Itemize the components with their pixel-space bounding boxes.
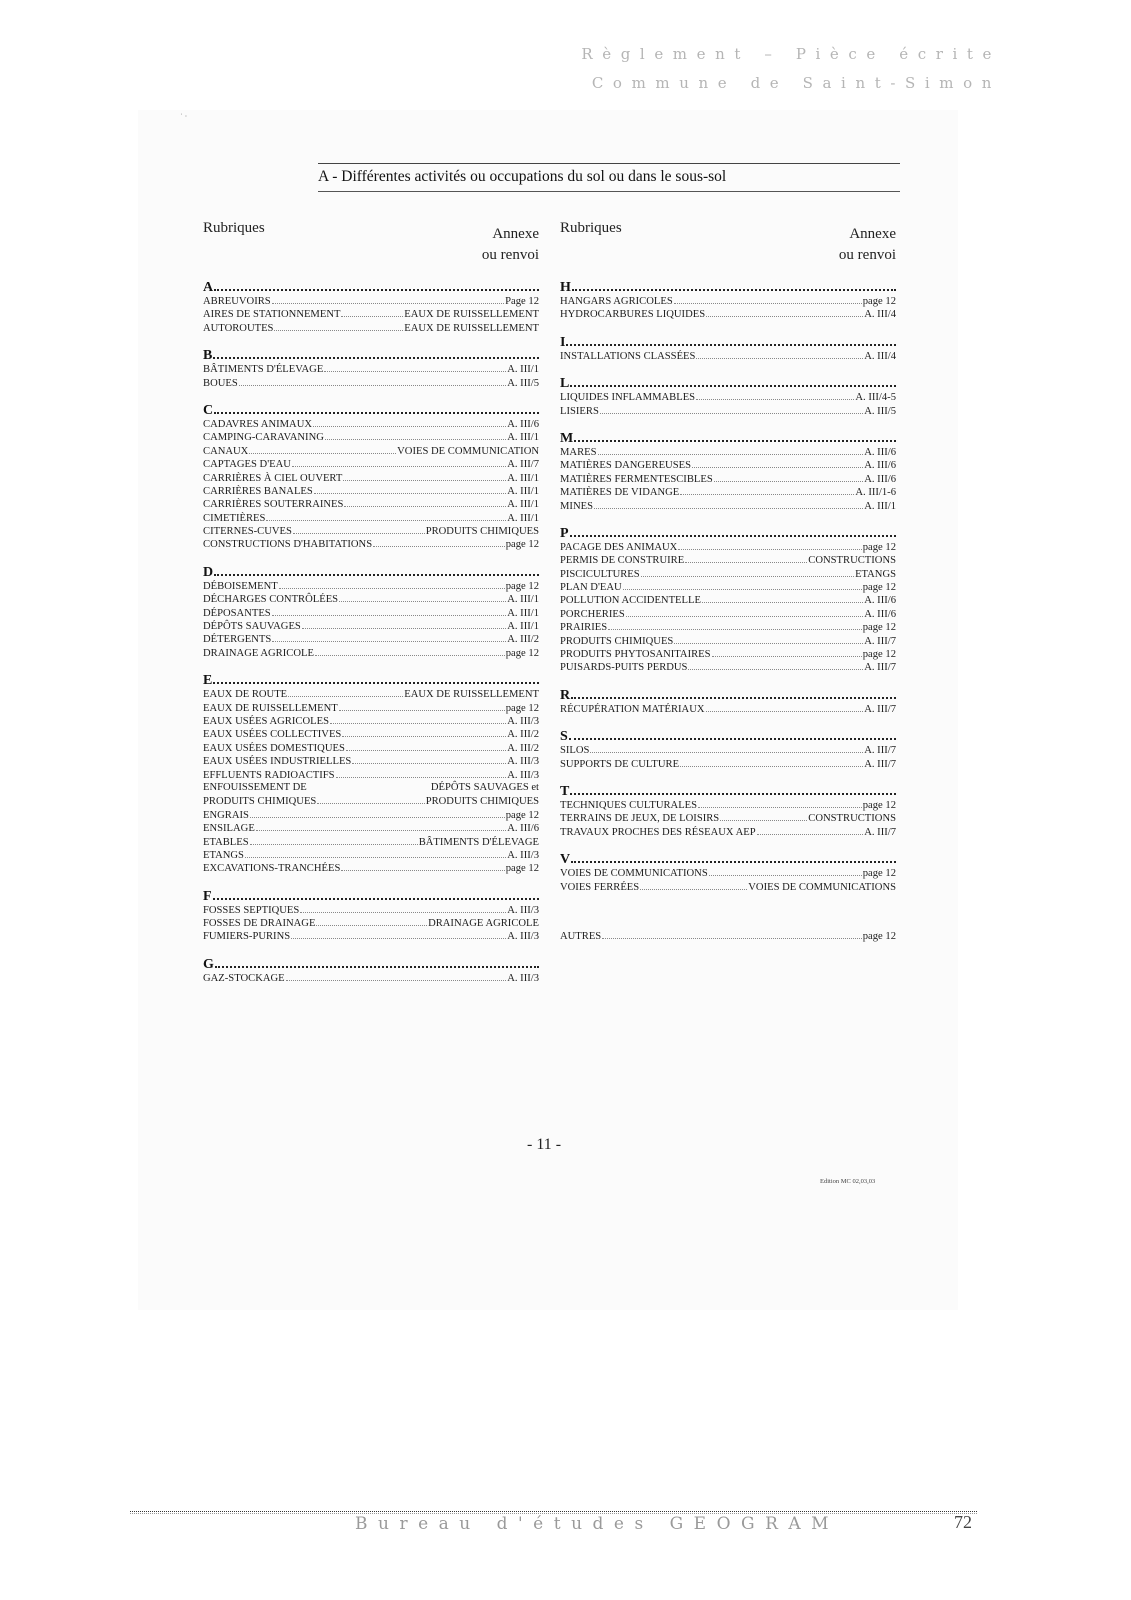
letter-group-s: SSILOSA. III/7SUPPORTS DE CULTUREA. III/… xyxy=(560,727,896,770)
entry-ref: A. III/2 xyxy=(507,633,539,646)
right-groups: HHANGARS AGRICOLESpage 12HYDROCARBURES L… xyxy=(560,278,896,893)
index-entry: CADAVRES ANIMAUXA. III/6 xyxy=(203,417,539,430)
entry-ref: page 12 xyxy=(506,862,539,875)
entry-name: ENFOUISSEMENT DE xyxy=(203,781,307,794)
leader-dots xyxy=(339,592,506,602)
entry-name: FOSSES SEPTIQUES xyxy=(203,904,299,917)
entry-name: PORCHERIES xyxy=(560,608,625,621)
leader-dots xyxy=(674,634,863,644)
index-entry: EAUX DE ROUTEEAUX DE RUISSELLEMENT xyxy=(203,687,539,700)
entry-name: CANAUX xyxy=(203,445,248,458)
entry-name: CAMPING-CARAVANING xyxy=(203,431,324,444)
entry-ref: CONSTRUCTIONS xyxy=(808,812,896,825)
index-entry: PRODUITS CHIMIQUESA. III/7 xyxy=(560,634,896,647)
leader-dots xyxy=(256,821,506,831)
leader-dots xyxy=(640,880,747,890)
entry-ref: A. III/7 xyxy=(864,744,896,757)
entry-ref: A. III/3 xyxy=(507,904,539,917)
index-entry: CIMETIÈRESA. III/1 xyxy=(203,511,539,524)
entry-name: ETABLES xyxy=(203,836,249,849)
entry-name: LIQUIDES INFLAMMABLES xyxy=(560,391,695,404)
document-header: Règlement – Pièce écrite Commune de Sain… xyxy=(581,40,1001,98)
entry-ref: A. III/1 xyxy=(507,620,539,633)
entry-ref: A. III/2 xyxy=(507,728,539,741)
index-entry: AIRES DE STATIONNEMENTEAUX DE RUISSELLEM… xyxy=(203,307,539,320)
leader-dots xyxy=(598,445,864,455)
entry-name: CONSTRUCTIONS D'HABITATIONS xyxy=(203,538,372,551)
index-entry: CITERNES-CUVESPRODUITS CHIMIQUES xyxy=(203,524,539,537)
entry-ref: A. III/6 xyxy=(864,608,896,621)
scan-artifact: ˙ · xyxy=(180,112,187,121)
entry-ref: A. III/3 xyxy=(507,930,539,943)
entry-name: DÉCHARGES CONTRÔLÉES xyxy=(203,593,338,606)
entry-name: CIMETIÈRES xyxy=(203,512,265,525)
index-entry: DÉPOSANTESA. III/1 xyxy=(203,606,539,619)
entry-ref: page 12 xyxy=(863,930,896,943)
entry-ref: A. III/1 xyxy=(507,607,539,620)
entry-ref: A. III/5 xyxy=(507,377,539,390)
index-entry: ENGRAISpage 12 xyxy=(203,808,539,821)
entry-name: EAUX USÉES INDUSTRIELLES xyxy=(203,755,351,768)
entry-ref: A. III/4 xyxy=(864,308,896,321)
index-entry: HYDROCARBURES LIQUIDESA. III/4 xyxy=(560,307,896,320)
entry-name: PERMIS DE CONSTRUIRE xyxy=(560,554,684,567)
leader-dots xyxy=(215,955,539,968)
leader-dots xyxy=(706,307,863,317)
entry-name: PRODUITS CHIMIQUES xyxy=(203,795,316,808)
annexe-label: Annexe ou renvoi xyxy=(482,220,539,270)
leader-dots xyxy=(245,848,506,858)
footer-page-number: 72 xyxy=(954,1512,972,1533)
entry-name: PUISARDS-PUITS PERDUS xyxy=(560,661,687,674)
index-entry: PRAIRIESpage 12 xyxy=(560,620,896,633)
letter-heading: P xyxy=(560,524,896,540)
index-column-right: Rubriques Annexe ou renvoi HHANGARS AGRI… xyxy=(560,220,896,942)
index-entry: TRAVAUX PROCHES DES RÉSEAUX AEPA. III/7 xyxy=(560,825,896,838)
entry-ref: VOIES DE COMMUNICATIONS xyxy=(748,881,896,894)
entry-ref: page 12 xyxy=(506,702,539,715)
leader-dots xyxy=(339,701,505,711)
entry-name: CITERNES-CUVES xyxy=(203,525,292,538)
leader-dots xyxy=(342,727,506,737)
index-entry: CARRIÈRES SOUTERRAINESA. III/1 xyxy=(203,497,539,510)
entry-ref: A. III/3 xyxy=(507,849,539,862)
leader-dots xyxy=(288,687,403,697)
letter-heading: H xyxy=(560,278,896,294)
entry-ref: DÉPÔTS SAUVAGES et xyxy=(431,781,539,794)
entry-name: TECHNIQUES CULTURALES xyxy=(560,799,697,812)
entry-name: DÉTERGENTS xyxy=(203,633,271,646)
leader-dots xyxy=(692,458,863,468)
entry-ref: A. III/3 xyxy=(507,715,539,728)
entry-name: EFFLUENTS RADIOACTIFS xyxy=(203,769,335,782)
entry-ref: page 12 xyxy=(863,648,896,661)
index-entry: ENFOUISSEMENT DEDÉPÔTS SAUVAGES et xyxy=(203,781,539,794)
entry-ref: A. III/2 xyxy=(507,742,539,755)
leader-dots xyxy=(316,916,427,926)
letter-heading: G xyxy=(203,955,539,971)
entry-ref: CONSTRUCTIONS xyxy=(808,554,896,567)
index-entry: LISIERSA. III/5 xyxy=(560,404,896,417)
entry-ref: A. III/1 xyxy=(507,431,539,444)
index-entry: EAUX DE RUISSELLEMENTpage 12 xyxy=(203,701,539,714)
index-entry: FOSSES DE DRAINAGEDRAINAGE AGRICOLE xyxy=(203,916,539,929)
leader-dots xyxy=(272,632,506,642)
leader-dots xyxy=(300,903,506,913)
index-column-left: Rubriques Annexe ou renvoi AABREUVOIRSPa… xyxy=(203,220,539,984)
letter-heading: E xyxy=(203,671,539,687)
leader-dots xyxy=(757,825,864,835)
entry-name: LISIERS xyxy=(560,405,599,418)
leader-dots xyxy=(250,808,505,818)
entry-name: PISCICULTURES xyxy=(560,568,640,581)
entry-name: MATIÈRES FERMENTESCIBLES xyxy=(560,473,713,486)
entry-ref: A. III/6 xyxy=(507,418,539,431)
letter-group-t: TTECHNIQUES CULTURALESpage 12TERRAINS DE… xyxy=(560,782,896,838)
index-entry: LIQUIDES INFLAMMABLESA. III/4-5 xyxy=(560,390,896,403)
letter-group-l: LLIQUIDES INFLAMMABLESA. III/4-5LISIERSA… xyxy=(560,374,896,417)
entry-ref: A. III/7 xyxy=(864,661,896,674)
leader-dots xyxy=(570,782,896,795)
index-entry: PERMIS DE CONSTRUIRECONSTRUCTIONS xyxy=(560,553,896,566)
leader-dots xyxy=(570,374,896,387)
left-groups: AABREUVOIRSPage 12AIRES DE STATIONNEMENT… xyxy=(203,278,539,984)
leader-dots xyxy=(330,714,506,724)
leader-dots xyxy=(214,401,539,414)
leader-dots xyxy=(566,333,896,346)
index-entry: PACAGE DES ANIMAUXpage 12 xyxy=(560,540,896,553)
index-entry: FUMIERS-PURINSA. III/3 xyxy=(203,929,539,942)
index-entry: SUPPORTS DE CULTUREA. III/7 xyxy=(560,757,896,770)
leader-dots xyxy=(266,511,506,521)
index-entry: INSTALLATIONS CLASSÉESA. III/4 xyxy=(560,349,896,362)
leader-dots xyxy=(214,563,539,576)
entry-ref: A. III/6 xyxy=(864,446,896,459)
leader-dots xyxy=(641,567,854,577)
entry-name: PACAGE DES ANIMAUX xyxy=(560,541,677,554)
letter-group-i: IINSTALLATIONS CLASSÉESA. III/4 xyxy=(560,333,896,362)
leader-dots xyxy=(274,321,403,331)
leader-dots xyxy=(249,444,396,454)
annexe-label: Annexe ou renvoi xyxy=(839,220,896,270)
entry-name: EAUX DE RUISSELLEMENT xyxy=(203,702,338,715)
header-title: Règlement – Pièce écrite xyxy=(581,40,1001,69)
column-header: Rubriques Annexe ou renvoi xyxy=(203,220,539,270)
index-entry: MARESA. III/6 xyxy=(560,445,896,458)
leader-dots xyxy=(373,537,505,547)
index-entry: PORCHERIESA. III/6 xyxy=(560,607,896,620)
index-entry: CONSTRUCTIONS D'HABITATIONSpage 12 xyxy=(203,537,539,550)
index-entry: DÉPÔTS SAUVAGESA. III/1 xyxy=(203,619,539,632)
entry-ref: VOIES DE COMMUNICATION xyxy=(397,445,539,458)
leader-dots xyxy=(292,457,506,467)
leader-dots xyxy=(623,580,862,590)
entry-name: INSTALLATIONS CLASSÉES xyxy=(560,350,695,363)
entry-name: AIRES DE STATIONNEMENT xyxy=(203,308,340,321)
entry-name: CADAVRES ANIMAUX xyxy=(203,418,312,431)
letter-group-m: MMARESA. III/6MATIÈRES DANGEREUSESA. III… xyxy=(560,429,896,512)
index-entry: CAMPING-CARAVANINGA. III/1 xyxy=(203,430,539,443)
entry-name: PRAIRIES xyxy=(560,621,607,634)
leader-dots xyxy=(343,471,506,481)
entry-ref: BÂTIMENTS D'ÉLEVAGE xyxy=(419,836,539,849)
entry-name: VOIES DE COMMUNICATIONS xyxy=(560,867,708,880)
index-entry: VOIES DE COMMUNICATIONSpage 12 xyxy=(560,866,896,879)
entry-name: PRODUITS PHYTOSANITAIRES xyxy=(560,648,711,661)
entry-name: TRAVAUX PROCHES DES RÉSEAUX AEP xyxy=(560,826,756,839)
entry-name: MATIÈRES DE VIDANGE xyxy=(560,486,679,499)
letter-heading: L xyxy=(560,374,896,390)
letter-group-d: DDÉBOISEMENTpage 12DÉCHARGES CONTRÔLÉESA… xyxy=(203,563,539,659)
leader-dots xyxy=(712,647,862,657)
entry-name: DÉPOSANTES xyxy=(203,607,271,620)
entry-ref: A. III/1 xyxy=(507,593,539,606)
leader-dots xyxy=(346,741,506,751)
entry-name: EAUX DE ROUTE xyxy=(203,688,287,701)
leader-dots xyxy=(336,768,507,778)
entry-name: DRAINAGE AGRICOLE xyxy=(203,647,314,660)
index-entry: PLAN D'EAUpage 12 xyxy=(560,580,896,593)
entry-ref: A. III/1 xyxy=(507,363,539,376)
index-entry: EAUX USÉES COLLECTIVESA. III/2 xyxy=(203,727,539,740)
index-entry: MATIÈRES FERMENTESCIBLESA. III/6 xyxy=(560,472,896,485)
index-entry: MATIÈRES DE VIDANGEA. III/1-6 xyxy=(560,485,896,498)
index-entry: PRODUITS PHYTOSANITAIRESpage 12 xyxy=(560,647,896,660)
leader-dots xyxy=(608,620,862,630)
header-commune: Commune de Saint-Simon xyxy=(581,69,1001,98)
entry-ref: page 12 xyxy=(863,581,896,594)
entry-name: AUTOROUTES xyxy=(203,322,273,335)
index-entry: POLLUTION ACCIDENTELLEA. III/6 xyxy=(560,593,896,606)
entry-name: TERRAINS DE JEUX, DE LOISIRS xyxy=(560,812,719,825)
entry-ref: A. III/1-6 xyxy=(855,486,896,499)
entry-ref: PRODUITS CHIMIQUES xyxy=(426,525,539,538)
leader-dots xyxy=(272,606,507,616)
index-entry: ENSILAGEA. III/6 xyxy=(203,821,539,834)
entry-name: ETANGS xyxy=(203,849,244,862)
index-entry: ETANGSA. III/3 xyxy=(203,848,539,861)
index-entry: FOSSES SEPTIQUESA. III/3 xyxy=(203,903,539,916)
entry-name: EAUX USÉES DOMESTIQUES xyxy=(203,742,345,755)
entry-ref: A. III/4 xyxy=(864,350,896,363)
entry-ref: A. III/7 xyxy=(864,703,896,716)
entry-name: SUPPORTS DE CULTURE xyxy=(560,758,679,771)
entry-name: ENSILAGE xyxy=(203,822,255,835)
entry-name: POLLUTION ACCIDENTELLE xyxy=(560,594,701,607)
leader-dots xyxy=(239,376,506,386)
index-entry: HANGARS AGRICOLESpage 12 xyxy=(560,294,896,307)
letter-group-g: GGAZ-STOCKAGEA. III/3 xyxy=(203,955,539,984)
entry-ref: A. III/6 xyxy=(507,822,539,835)
section-title: A - Différentes activités ou occupations… xyxy=(318,164,900,191)
index-entry: ABREUVOIRSPage 12 xyxy=(203,294,539,307)
index-entry: PRODUITS CHIMIQUESPRODUITS CHIMIQUES xyxy=(203,794,539,807)
entry-ref: A. III/5 xyxy=(864,405,896,418)
leader-dots xyxy=(291,929,506,939)
leader-dots xyxy=(293,524,425,534)
leader-dots xyxy=(250,835,418,845)
entry-name: CARRIÈRES À CIEL OUVERT xyxy=(203,472,342,485)
letter-group-p: PPACAGE DES ANIMAUXpage 12PERMIS DE CONS… xyxy=(560,524,896,674)
entry-name: BOUES xyxy=(203,377,238,390)
leader-dots xyxy=(590,743,863,753)
leader-dots xyxy=(714,472,863,482)
entry-ref: PRODUITS CHIMIQUES xyxy=(426,795,539,808)
section-heading: A - Différentes activités ou occupations… xyxy=(318,163,900,192)
entry-name: CARRIÈRES BANALES xyxy=(203,485,313,498)
index-entry: AUTOROUTESEAUX DE RUISSELLEMENT xyxy=(203,321,539,334)
leader-dots xyxy=(313,417,506,427)
entry-name: HANGARS AGRICOLES xyxy=(560,295,673,308)
letter-heading: R xyxy=(560,686,896,702)
entry-name: MINES xyxy=(560,500,593,513)
index-entry: TECHNIQUES CULTURALESpage 12 xyxy=(560,798,896,811)
entry-ref: A. III/6 xyxy=(864,594,896,607)
entry-ref: A. III/7 xyxy=(864,758,896,771)
entry-name: SILOS xyxy=(560,744,589,757)
letter-group-a: AABREUVOIRSPage 12AIRES DE STATIONNEMENT… xyxy=(203,278,539,334)
entry-ref: EAUX DE RUISSELLEMENT xyxy=(404,308,539,321)
index-entry: MATIÈRES DANGEREUSESA. III/6 xyxy=(560,458,896,471)
entry-name: CARRIÈRES SOUTERRAINES xyxy=(203,498,343,511)
inner-page-number: - 11 - xyxy=(527,1136,561,1154)
entry-ref: Page 12 xyxy=(505,295,539,308)
leader-dots xyxy=(315,646,505,656)
entry-ref: EAUX DE RUISSELLEMENT xyxy=(404,688,539,701)
entry-name: RÉCUPÉRATION MATÉRIAUX xyxy=(560,703,705,716)
leader-dots xyxy=(286,971,507,981)
footer-divider xyxy=(130,1511,977,1512)
entry-name: BÂTIMENTS D'ÉLEVAGE xyxy=(203,363,323,376)
index-entry: ETABLESBÂTIMENTS D'ÉLEVAGE xyxy=(203,835,539,848)
entry-name: DÉPÔTS SAUVAGES xyxy=(203,620,301,633)
leader-dots xyxy=(571,686,896,699)
leader-dots xyxy=(570,524,896,537)
entry-ref: page 12 xyxy=(506,647,539,660)
index-entry: EFFLUENTS RADIOACTIFSA. III/3 xyxy=(203,768,539,781)
leader-dots xyxy=(709,866,862,876)
leader-dots xyxy=(324,362,506,372)
letter-heading: F xyxy=(203,887,539,903)
leader-dots xyxy=(674,294,862,304)
entry-name: AUTRES xyxy=(560,930,601,943)
index-entry: VOIES FERRÉESVOIES DE COMMUNICATIONS xyxy=(560,880,896,893)
entry-name: GAZ-STOCKAGE xyxy=(203,972,285,985)
index-entry: DÉTERGENTSA. III/2 xyxy=(203,632,539,645)
entry-ref: A. III/6 xyxy=(864,473,896,486)
entry-name: DÉBOISEMENT xyxy=(203,580,278,593)
entry-ref: page 12 xyxy=(863,799,896,812)
letter-group-e: EEAUX DE ROUTEEAUX DE RUISSELLEMENTEAUX … xyxy=(203,671,539,874)
entry-ref: A. III/1 xyxy=(507,472,539,485)
index-entry: EXCAVATIONS-TRANCHÉESpage 12 xyxy=(203,861,539,874)
leader-dots xyxy=(213,671,539,684)
leader-dots xyxy=(279,579,505,589)
entry-name: ABREUVOIRS xyxy=(203,295,271,308)
letter-heading: D xyxy=(203,563,539,579)
entry-name: EAUX USÉES COLLECTIVES xyxy=(203,728,341,741)
entry-name: EAUX USÉES AGRICOLES xyxy=(203,715,329,728)
leader-dots xyxy=(341,307,403,317)
entry-ref: A. III/1 xyxy=(507,498,539,511)
leader-dots xyxy=(352,754,506,764)
leader-dots xyxy=(600,404,863,414)
leader-dots xyxy=(688,660,863,670)
rubriques-label: Rubriques xyxy=(203,220,265,270)
letter-heading: A xyxy=(203,278,539,294)
entry-ref: A. III/1 xyxy=(507,485,539,498)
index-entry: RÉCUPÉRATION MATÉRIAUXA. III/7 xyxy=(560,702,896,715)
leader-dots xyxy=(602,929,862,939)
leader-dots xyxy=(685,553,807,563)
index-entry: GAZ-STOCKAGEA. III/3 xyxy=(203,971,539,984)
letter-heading: C xyxy=(203,401,539,417)
leader-dots xyxy=(680,757,863,767)
entry-ref: A. III/3 xyxy=(507,972,539,985)
leader-dots xyxy=(314,484,506,494)
leader-dots xyxy=(720,811,807,821)
entry-ref: A. III/3 xyxy=(507,769,539,782)
letter-group-f: FFOSSES SEPTIQUESA. III/3FOSSES DE DRAIN… xyxy=(203,887,539,943)
leader-dots xyxy=(344,497,506,507)
entry-ref: A. III/1 xyxy=(507,512,539,525)
entry-ref: page 12 xyxy=(506,580,539,593)
leader-dots xyxy=(341,861,504,871)
index-entry: BOUESA. III/5 xyxy=(203,376,539,389)
entry-ref: A. III/3 xyxy=(507,755,539,768)
leader-dots xyxy=(272,294,504,304)
index-entry: DRAINAGE AGRICOLEpage 12 xyxy=(203,646,539,659)
leader-dots xyxy=(696,390,854,400)
letter-heading: S xyxy=(560,727,896,743)
leader-dots xyxy=(214,278,539,291)
entry-ref: EAUX DE RUISSELLEMENT xyxy=(404,322,539,335)
entry-ref: A. III/7 xyxy=(864,826,896,839)
leader-dots xyxy=(302,619,506,629)
entry-name: MARES xyxy=(560,446,597,459)
letter-group-v: VVOIES DE COMMUNICATIONSpage 12VOIES FER… xyxy=(560,850,896,893)
edition-note: Edition MC 02,03,03 xyxy=(820,1178,875,1185)
index-entry: PISCICULTURESETANGS xyxy=(560,567,896,580)
leader-dots xyxy=(706,702,864,712)
leader-dots xyxy=(680,485,854,495)
letter-heading: B xyxy=(203,346,539,362)
index-entry: PUISARDS-PUITS PERDUSA. III/7 xyxy=(560,660,896,673)
entry-name: EXCAVATIONS-TRANCHÉES xyxy=(203,862,340,875)
column-header: Rubriques Annexe ou renvoi xyxy=(560,220,896,270)
entry-ref: A. III/7 xyxy=(507,458,539,471)
entry-ref: page 12 xyxy=(863,621,896,634)
index-entry: SILOSA. III/7 xyxy=(560,743,896,756)
letter-heading: I xyxy=(560,333,896,349)
entry-ref: ETANGS xyxy=(855,568,896,581)
footer-company: Bureau d'études GEOGRAM xyxy=(355,1514,839,1534)
index-entry: CANAUXVOIES DE COMMUNICATION xyxy=(203,444,539,457)
leader-dots xyxy=(594,499,863,509)
letter-heading: V xyxy=(560,850,896,866)
entry-name: PLAN D'EAU xyxy=(560,581,622,594)
leader-dots xyxy=(574,429,896,442)
entry-ref: page 12 xyxy=(863,541,896,554)
leader-dots xyxy=(678,540,861,550)
index-entry: EAUX USÉES DOMESTIQUESA. III/2 xyxy=(203,741,539,754)
index-entry: EAUX USÉES AGRICOLESA. III/3 xyxy=(203,714,539,727)
letter-heading: T xyxy=(560,782,896,798)
entry-name: FUMIERS-PURINS xyxy=(203,930,290,943)
index-entry: MINESA. III/1 xyxy=(560,499,896,512)
index-entry: CARRIÈRES À CIEL OUVERTA. III/1 xyxy=(203,471,539,484)
autres-entry: AUTRES page 12 xyxy=(560,929,896,942)
